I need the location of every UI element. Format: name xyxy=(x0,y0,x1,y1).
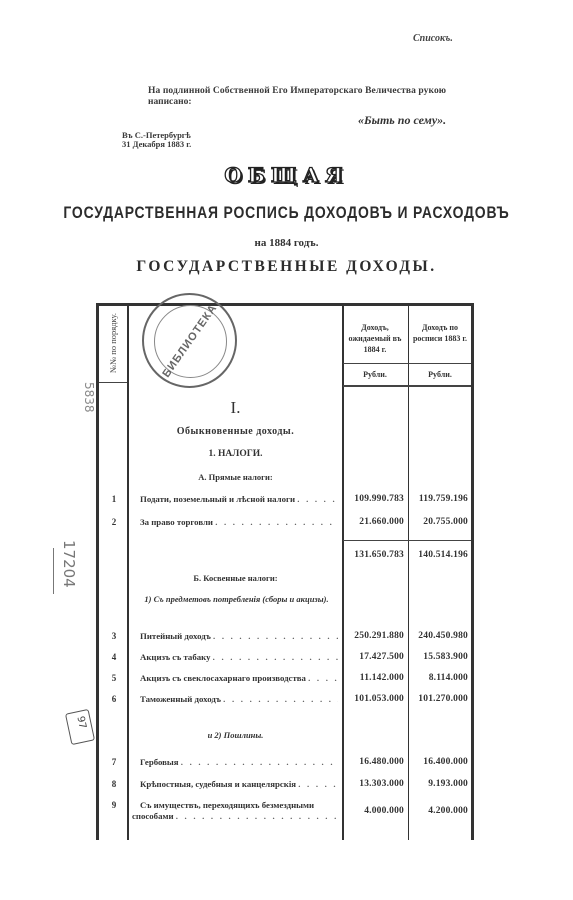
dot-leaders: . . . . . . . . . . . . . . . . . . . . xyxy=(215,517,338,527)
inventory-number-note: 5838 xyxy=(82,382,96,413)
part-number: I. xyxy=(129,398,342,418)
value-1884: 16.480.000 xyxy=(343,757,404,767)
value-1883: 15.583.900 xyxy=(409,652,468,662)
unit-label-1884: Рубли. xyxy=(343,369,407,380)
row-number: 8 xyxy=(104,779,124,789)
column-rule xyxy=(127,303,129,840)
value-1884: 13.303.000 xyxy=(343,779,404,789)
boxed-mark: 97 xyxy=(65,709,95,745)
row-description: За право торговли . . . . . . . . . . . … xyxy=(140,517,338,527)
row-description: Питейный доходъ . . . . . . . . . . . . … xyxy=(140,631,338,641)
handwritten-underline xyxy=(53,548,66,594)
dot-leaders: . . . . . . . . . . . . . . . . . . . . xyxy=(308,673,338,683)
document-year: на 1884 годъ. xyxy=(0,237,573,249)
value-1884: 21.660.000 xyxy=(343,517,404,527)
header-expected-1884: Доходъ, ожидаемый въ 1884 г. xyxy=(343,322,407,355)
dot-leaders: . . . . . . . . . . . . . . . . . . . . xyxy=(297,494,338,504)
subgroup-direct-taxes: А. Прямые налоги: xyxy=(129,472,342,482)
header-estimate-1883: Доходъ по росписи 1883 г. xyxy=(409,322,471,344)
number-column-header: №№ по порядку. xyxy=(100,305,126,381)
row-rule xyxy=(343,363,471,364)
row-description: Гербовыя . . . . . . . . . . . . . . . .… xyxy=(140,757,338,767)
place-date: Въ С.-Петербургѣ 31 Декабря 1883 г. xyxy=(122,131,191,149)
row-number: 6 xyxy=(104,694,124,704)
subgroup-duties: и 2) Пошлины. xyxy=(129,730,342,740)
row-number: 2 xyxy=(104,517,124,527)
dot-leaders: . . . . . . . . . . . . . . . . . . . . xyxy=(213,652,338,662)
value-1883: 20.755.000 xyxy=(409,517,468,527)
document-subtitle: ГОСУДАРСТВЕННАЯ РОСПИСЬ ДОХОДОВЪ И РАСХО… xyxy=(52,203,522,223)
row-description: Таможенный доходъ . . . . . . . . . . . … xyxy=(140,694,338,704)
row-description: Акцизъ съ табаку . . . . . . . . . . . .… xyxy=(140,652,338,662)
row-number: 3 xyxy=(104,631,124,641)
decree-text-line2: написано: xyxy=(148,97,192,107)
value-1883: 9.193.000 xyxy=(409,779,468,789)
subtotal-1883: 140.514.196 xyxy=(409,550,468,560)
subtotal-1884: 131.650.783 xyxy=(343,550,404,560)
group-taxes: 1. НАЛОГИ. xyxy=(129,449,342,459)
subgroup-indirect-taxes: Б. Косвенные налоги: xyxy=(129,573,342,583)
row-number: 4 xyxy=(104,652,124,662)
value-1884: 4.000.000 xyxy=(343,806,404,816)
part-title: Обыкновенные доходы. xyxy=(129,426,342,437)
document-title: ОБЩАЯ xyxy=(0,163,573,187)
value-1883: 8.114.000 xyxy=(409,673,468,683)
row-number: 7 xyxy=(104,757,124,767)
document-list-label: Списокъ. xyxy=(413,33,453,44)
library-stamp: БИБЛИОТЕКА xyxy=(142,293,237,388)
row-description: Съ имуществъ, переходящихъ безмездными xyxy=(140,800,338,810)
row-number: 1 xyxy=(104,494,124,504)
row-rule xyxy=(343,385,471,387)
value-1884: 101.053.000 xyxy=(343,694,404,704)
dot-leaders: . . . . . . . . . . . . . . . . . . . . xyxy=(223,694,338,704)
row-number: 9 xyxy=(104,800,124,810)
value-1884: 11.142.000 xyxy=(343,673,404,683)
dot-leaders: . . . . . . . . . . . . . . . . . . . . xyxy=(213,631,338,641)
row-description: Подати, поземельный и лѣсной налоги . . … xyxy=(140,494,338,504)
row-number: 5 xyxy=(104,673,124,683)
row-description-cont: способами . . . . . . . . . . . . . . . … xyxy=(132,811,338,821)
row-rule xyxy=(99,382,127,383)
subgroup-consumption: 1) Съ предметовъ потребленія (сборы и ак… xyxy=(135,594,338,605)
dot-leaders: . . . . . . . . . . . . . . . . . . . . xyxy=(298,779,338,789)
section-title: ГОСУДАРСТВЕННЫЕ ДОХОДЫ. xyxy=(0,258,573,276)
value-1883: 101.270.000 xyxy=(409,694,468,704)
decree-text-line1: На подлинной Собственной Его Императорск… xyxy=(148,86,446,96)
row-rule xyxy=(343,540,471,541)
unit-label-1883: Рубли. xyxy=(409,369,471,380)
value-1883: 16.400.000 xyxy=(409,757,468,767)
row-description: Акцизъ съ свеклосахарнаго производства .… xyxy=(140,673,338,683)
value-1884: 109.990.783 xyxy=(343,494,404,504)
value-1883: 240.450.980 xyxy=(409,631,468,641)
value-1883: 119.759.196 xyxy=(409,494,468,504)
decree-quote: «Быть по сему». xyxy=(358,113,446,128)
value-1883: 4.200.000 xyxy=(409,806,468,816)
dot-leaders: . . . . . . . . . . . . . . . . . . . . xyxy=(181,757,338,767)
date: 31 Декабря 1883 г. xyxy=(122,140,191,149)
value-1884: 250.291.880 xyxy=(343,631,404,641)
value-1884: 17.427.500 xyxy=(343,652,404,662)
row-description: Крѣпостныя, судебныя и канцелярскія . . … xyxy=(140,779,338,789)
